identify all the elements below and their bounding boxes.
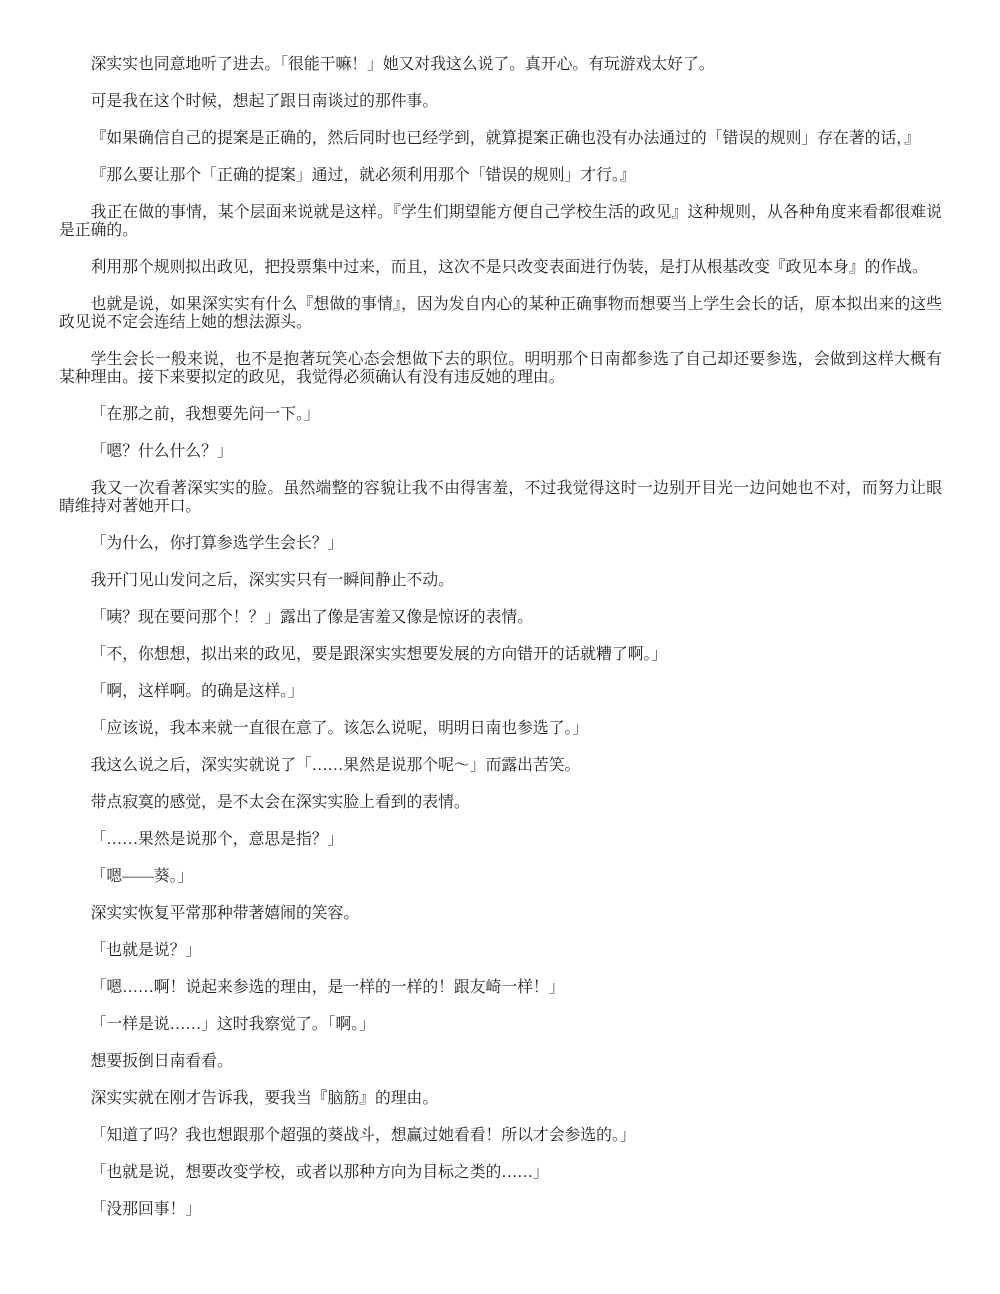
paragraph: 「知道了吗？我也想跟那个超强的葵战斗，想赢过她看看！所以才会参选的。」 (59, 1127, 942, 1145)
paragraph: 「不，你想想，拟出来的政见，要是跟深实实想要发展的方向错开的话就糟了啊。」 (59, 646, 942, 664)
paragraph: 「咦？现在要问那个！？」露出了像是害羞又像是惊讶的表情。 (59, 609, 942, 627)
paragraph: 「应该说，我本来就一直很在意了。该怎么说呢，明明日南也参选了。」 (59, 720, 942, 738)
paragraph: 也就是说，如果深实实有什么『想做的事情』，因为发自内心的某种正确事物而想要当上学… (59, 296, 942, 332)
paragraph: 「嗯——葵。」 (59, 868, 942, 886)
paragraph: 「嗯……啊！说起来参选的理由，是一样的一样的！跟友崎一样！」 (59, 979, 942, 997)
paragraph: 学生会长一般来说，也不是抱著玩笑心态会想做下去的职位。明明那个日南都参选了自己却… (59, 351, 942, 387)
paragraph: 我又一次看著深实实的脸。虽然端整的容貌让我不由得害羞，不过我觉得这时一边别开目光… (59, 480, 942, 516)
paragraph: 『如果确信自己的提案是正确的，然后同时也已经学到，就算提案正确也没有办法通过的「… (59, 130, 942, 148)
paragraph: 利用那个规则拟出政见，把投票集中过来，而且，这次不是只改变表面进行伪装，是打从根… (59, 259, 942, 277)
paragraph: 深实实恢复平常那种带著嬉闹的笑容。 (59, 905, 942, 923)
paragraph: 「为什么，你打算参选学生会长？」 (59, 535, 942, 553)
paragraph: 「在那之前，我想要先问一下。」 (59, 406, 942, 424)
paragraph: 我开门见山发问之后，深实实只有一瞬间静止不动。 (59, 572, 942, 590)
paragraph: 我这么说之后，深实实就说了「……果然是说那个呢～」而露出苦笑。 (59, 757, 942, 775)
paragraph: 「也就是说？」 (59, 942, 942, 960)
paragraph: 『那么要让那个「正确的提案」通过，就必须利用那个「错误的规则」才行。』 (59, 167, 942, 185)
paragraph: 「嗯？什么什么？」 (59, 443, 942, 461)
paragraph: 想要扳倒日南看看。 (59, 1053, 942, 1071)
paragraph: 深实实就在刚才告诉我，要我当『脑筋』的理由。 (59, 1090, 942, 1108)
paragraph: 深实实也同意地听了进去。「很能干嘛！」她又对我这么说了。真开心。有玩游戏太好了。 (59, 56, 942, 74)
paragraph: 我正在做的事情，某个层面来说就是这样。『学生们期望能方便自己学校生活的政见』这种… (59, 204, 942, 240)
paragraph: 「一样是说……」这时我察觉了。「啊。」 (59, 1016, 942, 1034)
paragraph: 「没那回事！」 (59, 1201, 942, 1219)
paragraph: 「啊，这样啊。的确是这样。」 (59, 683, 942, 701)
paragraph: 可是我在这个时候，想起了跟日南谈过的那件事。 (59, 93, 942, 111)
paragraph: 「……果然是说那个，意思是指？」 (59, 831, 942, 849)
paragraph: 带点寂寞的感觉，是不太会在深实实脸上看到的表情。 (59, 794, 942, 812)
document-page: 深实实也同意地听了进去。「很能干嘛！」她又对我这么说了。真开心。有玩游戏太好了。… (0, 0, 1000, 1294)
paragraph: 「也就是说，想要改变学校，或者以那种方向为目标之类的……」 (59, 1164, 942, 1182)
